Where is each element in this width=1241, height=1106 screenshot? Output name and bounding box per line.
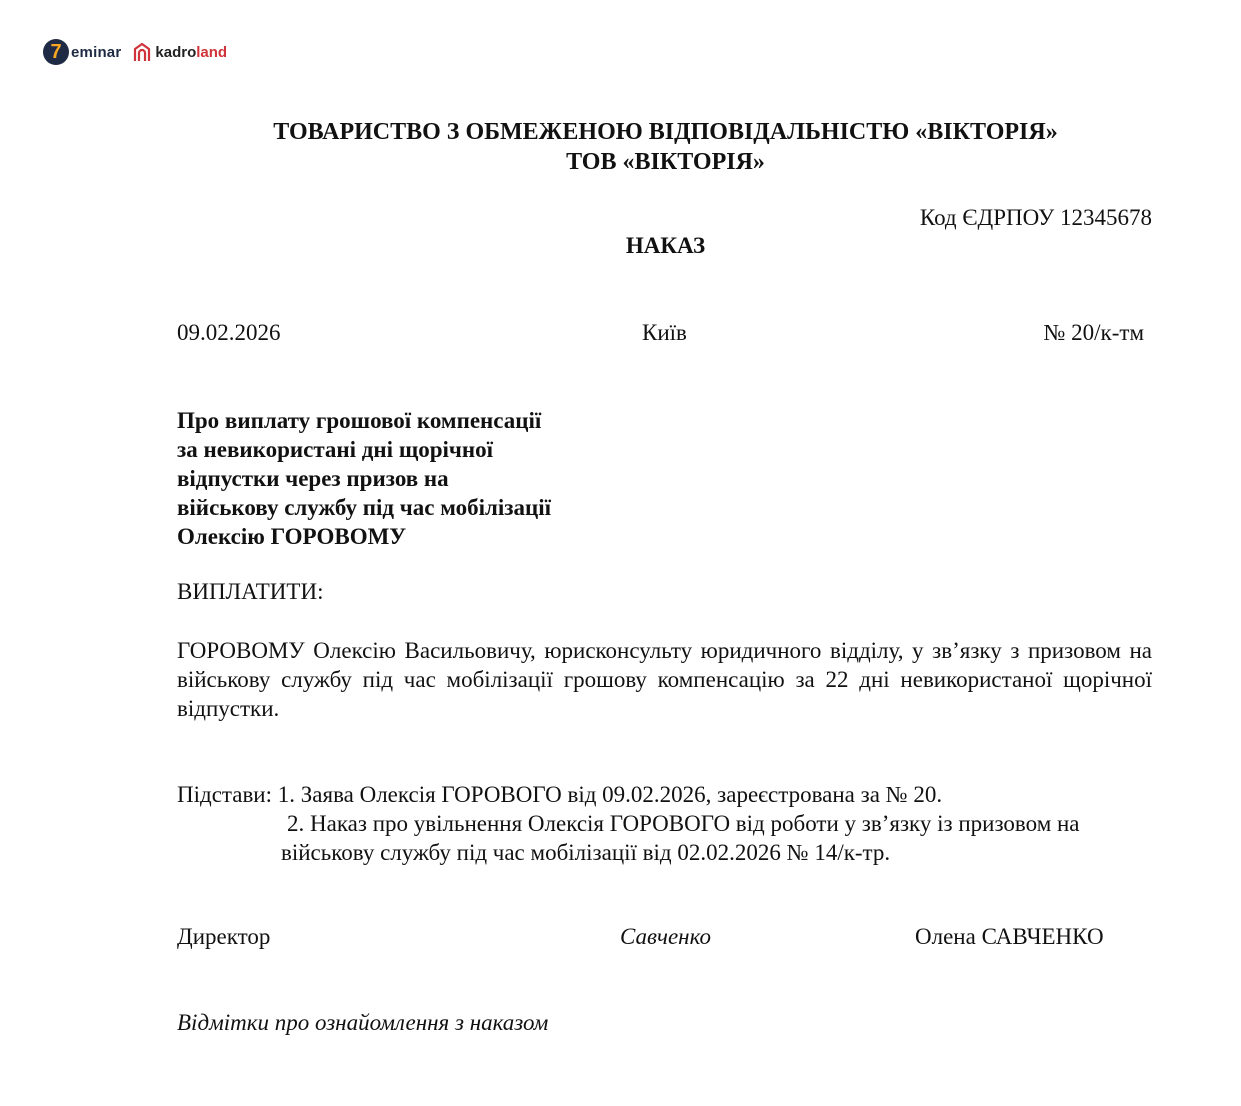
seminar-badge-icon: 7 (43, 39, 69, 65)
order-subject: Про виплату грошової компенсації за неви… (177, 406, 551, 551)
organization-header: ТОВАРИСТВО З ОБМЕЖЕНОЮ ВІДПОВІДАЛЬНІСТЮ … (0, 117, 1241, 177)
directive-paragraph: ГОРОВОМУ Олексію Васильовичу, юрисконсул… (177, 636, 1152, 723)
kadroland-text-dark: kadro (155, 44, 196, 61)
grounds-label: Підстави: (177, 782, 272, 807)
signer-position: Директор (177, 924, 270, 950)
order-city: Київ (642, 320, 687, 346)
kadroland-logo: kadroland (133, 42, 227, 62)
edrpou-code: Код ЄДРПОУ 12345678 (920, 205, 1152, 231)
house-icon (133, 42, 151, 62)
order-date: 09.02.2026 (177, 320, 281, 346)
signer-name: Олена САВЧЕНКО (915, 924, 1104, 950)
directive-heading: ВИПЛАТИТИ: (177, 579, 323, 605)
org-short-name: ТОВ «ВІКТОРІЯ» (0, 147, 1241, 177)
acquaintance-note: Відмітки про ознайомлення з наказом (177, 1010, 548, 1036)
order-meta: 09.02.2026 Київ № 20/к-тм (177, 320, 1144, 346)
subject-line: відпустки через призов на (177, 464, 551, 493)
document-type: НАКАЗ (0, 233, 1241, 259)
grounds-row-1: Підстави: 1. Заява Олексія ГОРОВОГО від … (177, 780, 1152, 809)
org-full-name: ТОВАРИСТВО З ОБМЕЖЕНОЮ ВІДПОВІДАЛЬНІСТЮ … (0, 117, 1241, 147)
subject-line: за невикористані дні щорічної (177, 435, 551, 464)
seminar-logo: 7 eminar (43, 39, 121, 65)
order-number: № 20/к-тм (1043, 320, 1144, 346)
grounds-item: 1. Заява Олексія ГОРОВОГО від 09.02.2026… (278, 782, 942, 807)
signer-signature: Савченко (620, 924, 711, 950)
kadroland-text-accent: land (196, 44, 227, 61)
subject-line: Про виплату грошової компенсації (177, 406, 551, 435)
grounds-item: 2. Наказ про увільнення Олексія ГОРОВОГО… (177, 809, 1152, 867)
grounds-section: Підстави: 1. Заява Олексія ГОРОВОГО від … (177, 780, 1152, 867)
subject-line: Олексію ГОРОВОМУ (177, 522, 551, 551)
logo-bar: 7 eminar kadroland (43, 38, 227, 66)
subject-line: військову службу під час мобілізації (177, 493, 551, 522)
seminar-logo-text: eminar (71, 44, 121, 61)
